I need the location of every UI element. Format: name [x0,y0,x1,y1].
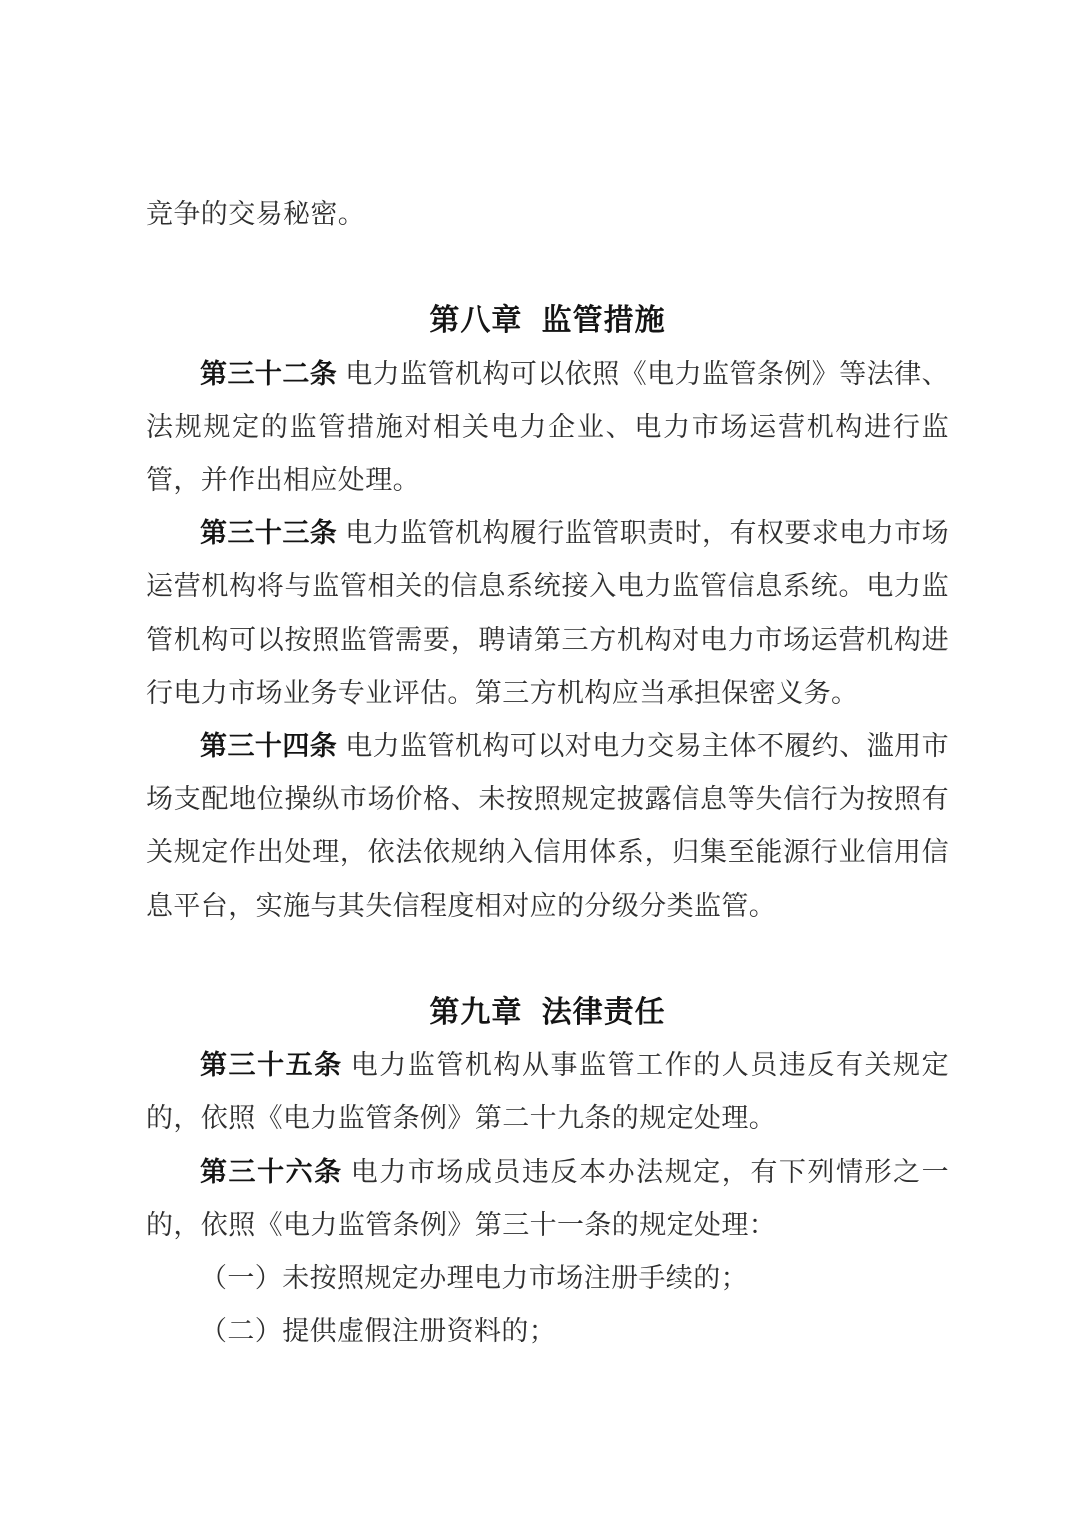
article-35: 第三十五条电力监管机构从事监管工作的人员违反有关规定的，依照《电力监管条例》第二… [146,1039,949,1145]
article-33: 第三十三条电力监管机构履行监管职责时，有权要求电力市场运营机构将与监管相关的信息… [146,507,949,720]
article-33-number: 第三十三条 [200,518,337,548]
chapter-8-heading: 第八章 监管措施 [146,294,949,347]
list-item-1: （一）未按照规定办理电力市场注册手续的； [146,1252,949,1305]
article-34-number: 第三十四条 [200,731,337,761]
article-32-number: 第三十二条 [200,359,337,389]
article-34: 第三十四条电力监管机构可以对电力交易主体不履约、滥用市场支配地位操纵市场价格、未… [146,720,949,933]
article-36: 第三十六条电力市场成员违反本办法规定，有下列情形之一的，依照《电力监管条例》第三… [146,1146,949,1252]
document-page: 竞争的交易秘密。 第八章 监管措施 第三十二条电力监管机构可以依照《电力监管条例… [146,188,949,1358]
chapter-9-heading: 第九章 法律责任 [146,986,949,1039]
article-32: 第三十二条电力监管机构可以依照《电力监管条例》等法律、法规规定的监管措施对相关电… [146,348,949,508]
paragraph-continuation: 竞争的交易秘密。 [146,188,949,241]
article-35-number: 第三十五条 [200,1050,343,1080]
list-item-2: （二）提供虚假注册资料的； [146,1305,949,1358]
article-36-number: 第三十六条 [200,1157,343,1187]
